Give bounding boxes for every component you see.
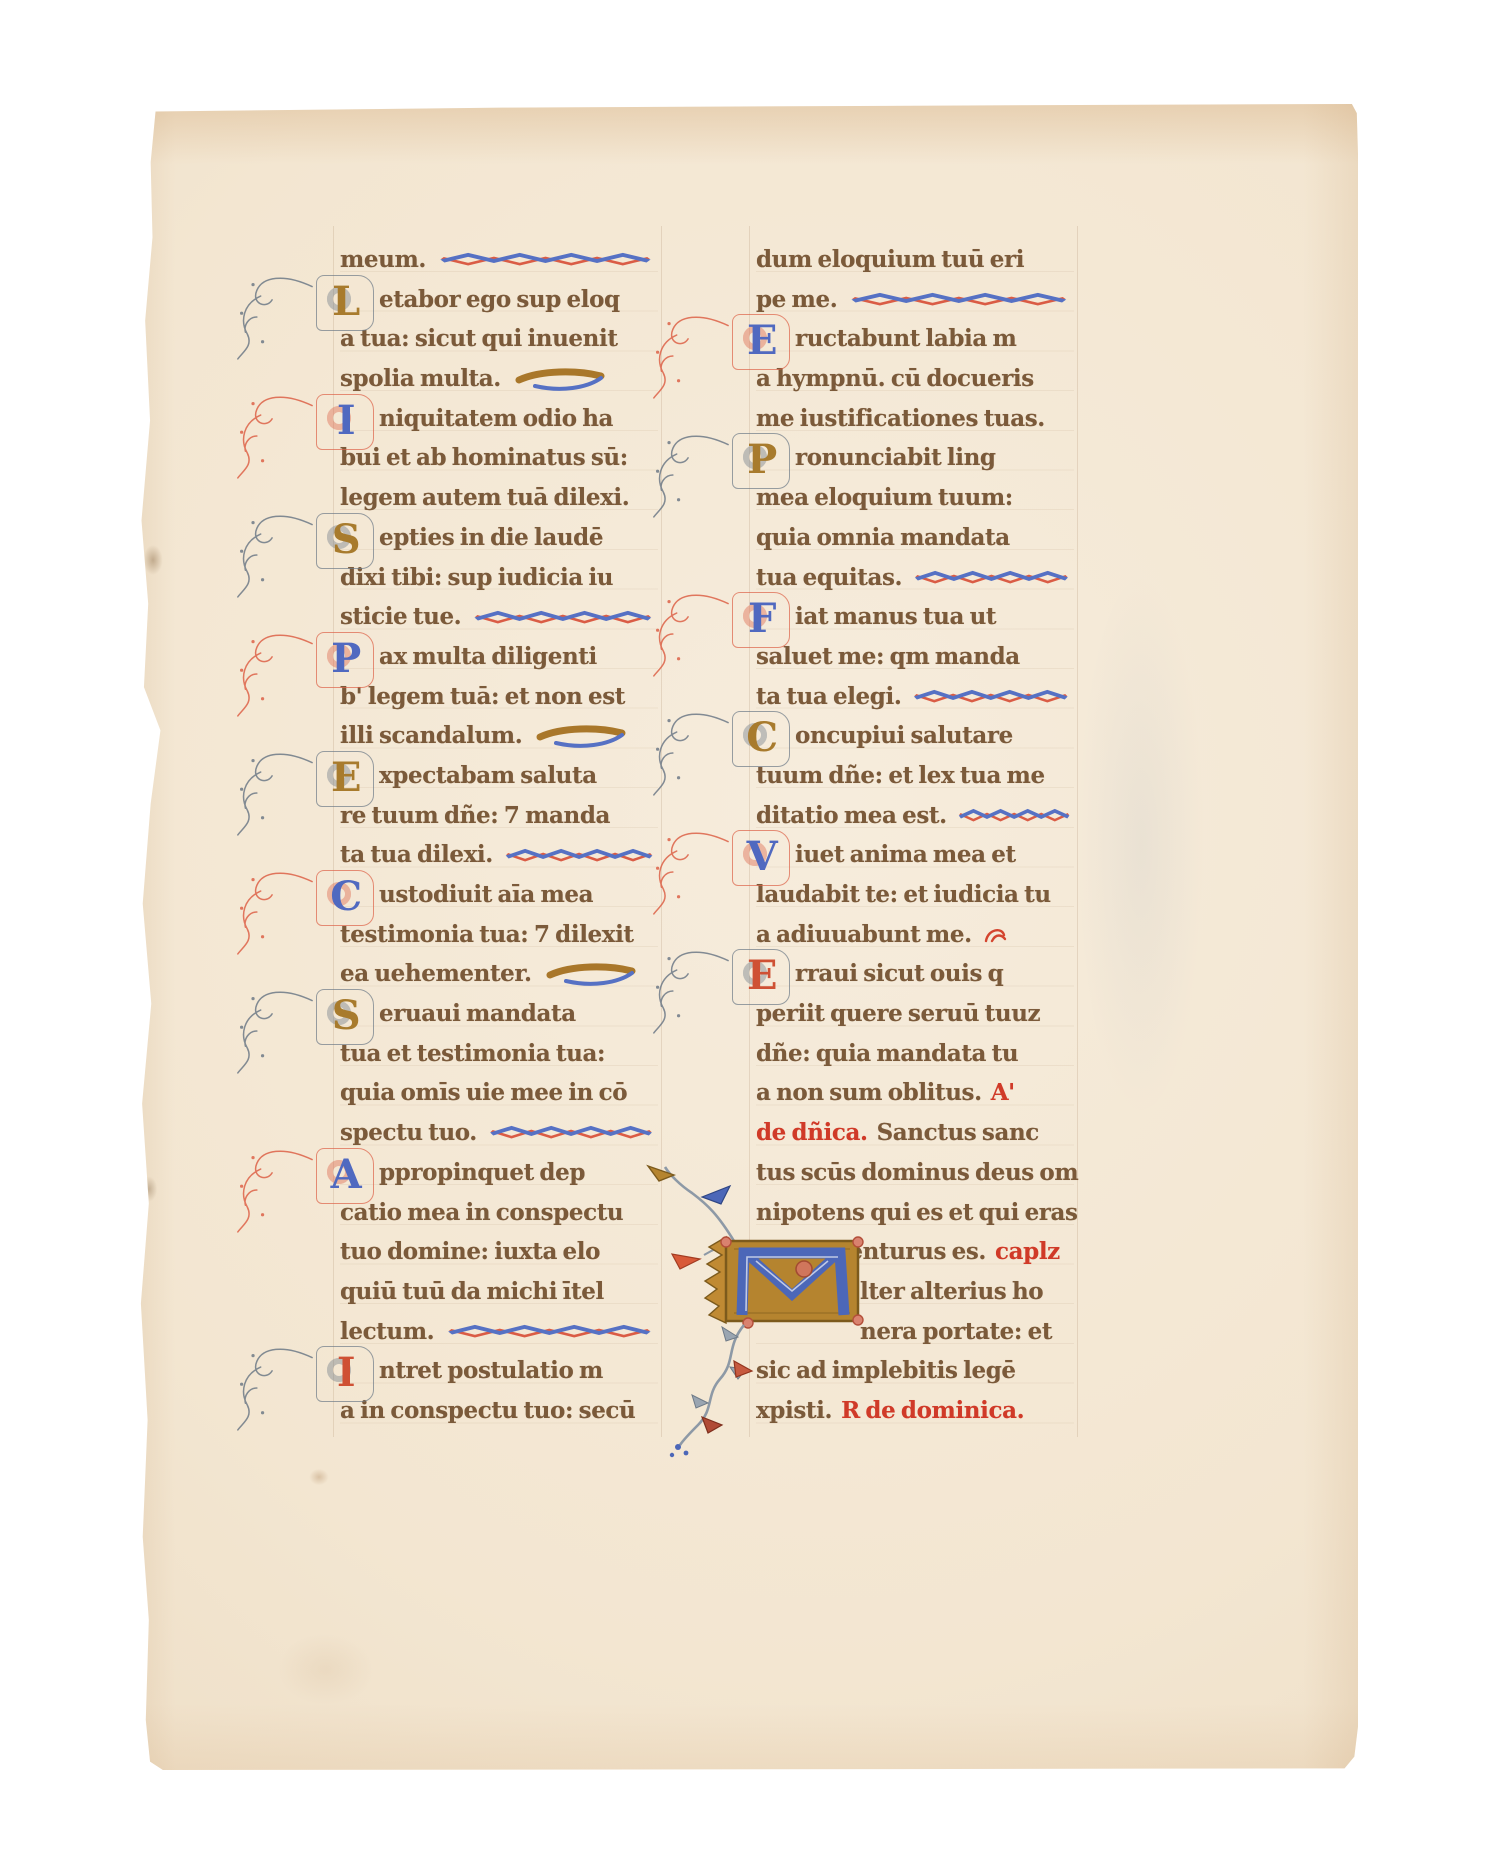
text-line: dñe: quia mandata tu	[756, 1034, 1074, 1074]
line-filler-hook	[532, 724, 628, 748]
text-line: tuum dñe: et lex tua me	[756, 756, 1074, 796]
line-filler-zigzag	[470, 609, 656, 626]
rubric-text: R de dominica.	[841, 1391, 1024, 1431]
decorated-initial-F: F	[736, 595, 788, 641]
penwork-flourish-icon	[234, 389, 314, 483]
text-line: spolia multa.	[340, 359, 658, 399]
text-line: tus scūs dominus deus om	[756, 1153, 1074, 1193]
line-text: a tua: sicut qui inuenit	[340, 319, 618, 359]
initial-letter: S	[332, 516, 361, 563]
decorated-initial-S: S	[320, 516, 372, 562]
stain	[138, 1172, 160, 1206]
line-text: dñe: quia mandata tu	[756, 1034, 1018, 1074]
line-text: dixi tibi: sup iudicia iu	[340, 558, 613, 598]
line-text: tuo domine: iuxta elo	[340, 1232, 600, 1272]
text-line: Eructabunt labia m	[756, 319, 1074, 359]
text-line: et qui uenturus es.caplz	[756, 1232, 1074, 1272]
penwork-flourish-icon	[234, 1143, 314, 1237]
text-line: Expectabam saluta	[340, 756, 658, 796]
text-line: ta tua dilexi.	[340, 835, 658, 875]
line-text: testimonia tua: 7 dilexit	[340, 915, 634, 955]
line-text: sic ad implebitis legē	[756, 1351, 1016, 1391]
initial-letter: C	[330, 873, 361, 920]
line-text: tua equitas.	[756, 558, 902, 598]
line-text: spolia multa.	[340, 359, 501, 399]
text-line: a non sum oblitus.A'	[756, 1073, 1074, 1113]
text-line: quia omīs uie mee in cō	[340, 1073, 658, 1113]
stain	[266, 1624, 386, 1714]
decorated-initial-E: E	[320, 754, 372, 800]
text-line: dum eloquium tuū eri	[756, 240, 1074, 280]
line-filler-zigzag	[911, 569, 1072, 586]
text-line: Viuet anima mea et	[756, 835, 1074, 875]
text-line: nipotens qui es et qui eras	[756, 1193, 1074, 1233]
penwork-flourish-icon	[234, 627, 314, 721]
line-text: me iustificationes tuas.	[756, 399, 1045, 439]
rubric-text: caplz	[995, 1232, 1060, 1272]
line-text: ructabunt labia m	[795, 319, 1016, 359]
text-line: b' legem tuā: et non est	[340, 677, 658, 717]
line-filler-paraph	[980, 923, 1010, 947]
text-line: Custodiuit aīa mea	[340, 875, 658, 915]
line-text: xpisti.	[756, 1391, 832, 1431]
show-through-smudge	[1066, 524, 1216, 1164]
text-line: me iustificationes tuas.	[756, 399, 1074, 439]
decorated-initial-C: C	[736, 714, 788, 760]
line-text: etabor ego sup eloq	[379, 280, 620, 320]
line-text: ntret postulatio m	[379, 1351, 603, 1391]
decorated-initial-P: P	[736, 436, 788, 482]
text-line: Erraui sicut ouis q	[756, 954, 1074, 994]
initial-letter: C	[746, 714, 777, 761]
line-text: bui et ab hominatus sū:	[340, 438, 628, 478]
penwork-flourish-icon	[650, 944, 730, 1038]
penwork-flourish-icon	[234, 508, 314, 602]
text-line: quia omnia mandata	[756, 518, 1074, 558]
line-text: rraui sicut ouis q	[795, 954, 1003, 994]
decorated-initial-V: V	[736, 833, 788, 879]
text-line: sic ad implebitis legē	[756, 1351, 1074, 1391]
text-line: Letabor ego sup eloq	[340, 280, 658, 320]
line-filler-zigzag	[443, 1323, 656, 1340]
decorated-initial-E: E	[736, 317, 788, 363]
photo-background: { "artifact": { "kind_label": "", "palet…	[0, 0, 1500, 1876]
penwork-flourish-icon	[650, 587, 730, 681]
initial-letter: P	[331, 635, 361, 682]
text-line: periit quere seruū tuuz	[756, 994, 1074, 1034]
line-text: spectu tuo.	[340, 1113, 477, 1153]
text-line: xpisti.R de dominica.	[756, 1391, 1074, 1431]
line-text: mea eloquium tuum:	[756, 478, 1013, 518]
text-line: sticie tue.	[340, 597, 658, 637]
text-column-left: meum. Letabor ego sup eloqa tua: sicut q…	[340, 240, 658, 1431]
line-text: nipotens qui es et qui eras	[756, 1193, 1078, 1233]
text-line: Appropinquet dep	[340, 1153, 658, 1193]
text-line: ea uehementer.	[340, 954, 658, 994]
text-line: re tuum dñe: 7 manda	[340, 796, 658, 836]
line-text: a hympnū. cū docueris	[756, 359, 1034, 399]
line-text: oncupiui salutare	[795, 716, 1013, 756]
line-text: iat manus tua ut	[795, 597, 996, 637]
initial-letter: E	[747, 952, 777, 999]
line-text: ronunciabit ling	[795, 438, 996, 478]
text-line: pe me.	[756, 280, 1074, 320]
text-line: a hympnū. cū docueris	[756, 359, 1074, 399]
line-filler-zigzag	[502, 847, 656, 864]
text-line: Septies in die laudē	[340, 518, 658, 558]
text-line: tua et testimonia tua:	[340, 1034, 658, 1074]
decorated-initial-I: I	[320, 1349, 372, 1395]
text-line: Pax multa diligenti	[340, 637, 658, 677]
line-text: ea uehementer.	[340, 954, 532, 994]
line-text: et qui uenturus es.	[756, 1232, 986, 1272]
text-line: meum.	[340, 240, 658, 280]
text-line: Concupiui salutare	[756, 716, 1074, 756]
line-text: re tuum dñe: 7 manda	[340, 796, 610, 836]
penwork-flourish-icon	[650, 706, 730, 800]
line-filler-hook	[542, 962, 638, 986]
decorated-initial-C: C	[320, 873, 372, 919]
line-text: ditatio mea est.	[756, 796, 947, 836]
manuscript-leaf: meum. Letabor ego sup eloqa tua: sicut q…	[136, 104, 1358, 1770]
line-filler-zigzag	[910, 688, 1072, 705]
line-text: xpectabam saluta	[379, 756, 597, 796]
line-text: a adiuuabunt me.	[756, 915, 972, 955]
decorated-initial-L: L	[320, 278, 372, 324]
line-filler-zigzag	[956, 807, 1072, 824]
penwork-flourish-icon	[650, 825, 730, 919]
decorated-initial-A: A	[320, 1151, 372, 1197]
text-line: quiū tuū da michi ītel	[340, 1272, 658, 1312]
initial-letter: S	[332, 992, 361, 1039]
text-line: ta tua elegi.	[756, 677, 1074, 717]
text-line: ditatio mea est.	[756, 796, 1074, 836]
line-text: periit quere seruū tuuz	[756, 994, 1040, 1034]
line-text: sticie tue.	[340, 597, 461, 637]
line-text: ax multa diligenti	[379, 637, 597, 677]
text-line: a in conspectu tuo: secū	[340, 1391, 658, 1431]
line-text: ta tua elegi.	[756, 677, 901, 717]
line-text: laudabit te: et iudicia tu	[756, 875, 1051, 915]
line-text: a non sum oblitus.	[756, 1073, 982, 1113]
initial-letter: V	[747, 833, 778, 880]
line-text: legem autem tuā dilexi.	[340, 478, 629, 518]
text-line: laudabit te: et iudicia tu	[756, 875, 1074, 915]
initial-letter: F	[748, 595, 776, 642]
line-text: a in conspectu tuo: secū	[340, 1391, 635, 1431]
text-line: de dñica.Sanctus sanc	[756, 1113, 1074, 1153]
line-filler-zigzag	[486, 1124, 656, 1141]
line-text: dum eloquium tuū eri	[756, 240, 1024, 280]
line-text: iuet anima mea et	[795, 835, 1016, 875]
text-line: tuo domine: iuxta elo	[340, 1232, 658, 1272]
text-line: dixi tibi: sup iudicia iu	[340, 558, 658, 598]
decorated-initial-E: E	[736, 952, 788, 998]
line-text: tuum dñe: et lex tua me	[756, 756, 1045, 796]
rubric-text: de dñica.	[756, 1113, 868, 1153]
line-text: ppropinquet dep	[379, 1153, 585, 1193]
decorated-initial-S: S	[320, 992, 372, 1038]
text-line: legem autem tuā dilexi.	[340, 478, 658, 518]
text-line: lter alterius ho	[756, 1272, 1074, 1312]
line-text: niquitatem odio ha	[379, 399, 613, 439]
penwork-flourish-icon	[234, 746, 314, 840]
text-line: bui et ab hominatus sū:	[340, 438, 658, 478]
text-line: spectu tuo.	[340, 1113, 658, 1153]
line-filler-zigzag	[435, 251, 656, 268]
penwork-flourish-icon	[234, 1341, 314, 1435]
decorated-initial-I: I	[320, 397, 372, 443]
rubric-text: A'	[991, 1073, 1015, 1113]
line-filler-zigzag	[846, 291, 1072, 308]
line-text: b' legem tuā: et non est	[340, 677, 625, 717]
text-line: a tua: sicut qui inuenit	[340, 319, 658, 359]
initial-letter: P	[747, 436, 777, 483]
initial-letter: I	[337, 1349, 355, 1396]
penwork-flourish-icon	[234, 865, 314, 959]
line-text: meum.	[340, 240, 426, 280]
penwork-flourish-icon	[650, 428, 730, 522]
text-line: Iniquitatem odio ha	[340, 399, 658, 439]
text-line: illi scandalum.	[340, 716, 658, 756]
line-text: epties in die laudē	[379, 518, 603, 558]
text-line: Intret postulatio m	[340, 1351, 658, 1391]
line-text: ustodiuit aīa mea	[379, 875, 593, 915]
line-text: eruaui mandata	[379, 994, 576, 1034]
initial-letter: E	[331, 754, 361, 801]
penwork-flourish-icon	[650, 309, 730, 403]
penwork-flourish-icon	[234, 984, 314, 1078]
line-text: Sanctus sanc	[877, 1113, 1039, 1153]
decorated-initial-P: P	[320, 635, 372, 681]
line-text: illi scandalum.	[340, 716, 522, 756]
line-text: saluet me: qm manda	[756, 637, 1020, 677]
line-text: quia omnia mandata	[756, 518, 1010, 558]
line-filler-hook	[511, 367, 607, 391]
text-line: saluet me: qm manda	[756, 637, 1074, 677]
stain	[140, 540, 166, 580]
text-line: tua equitas.	[756, 558, 1074, 598]
text-line: a adiuuabunt me.	[756, 915, 1074, 955]
text-line: mea eloquium tuum:	[756, 478, 1074, 518]
text-column-right: dum eloquium tuū eripe me. Eructabunt la…	[756, 240, 1074, 1431]
initial-letter: E	[747, 317, 777, 364]
line-text: quia omīs uie mee in cō	[340, 1073, 627, 1113]
text-line: catio mea in conspectu	[340, 1193, 658, 1233]
initial-letter: A	[331, 1151, 362, 1198]
initial-letter: L	[332, 278, 360, 325]
line-text: nera portate: et	[860, 1312, 1052, 1352]
text-line: lectum.	[340, 1312, 658, 1352]
line-text: catio mea in conspectu	[340, 1193, 623, 1233]
text-line: nera portate: et	[756, 1312, 1074, 1352]
line-text: ta tua dilexi.	[340, 835, 493, 875]
text-line: testimonia tua: 7 dilexit	[340, 915, 658, 955]
text-line: Fiat manus tua ut	[756, 597, 1074, 637]
line-text: lter alterius ho	[860, 1272, 1043, 1312]
text-line: Seruaui mandata	[340, 994, 658, 1034]
line-text: quiū tuū da michi ītel	[340, 1272, 604, 1312]
initial-letter: I	[337, 397, 355, 444]
line-text: tus scūs dominus deus om	[756, 1153, 1078, 1193]
stain	[306, 1466, 332, 1488]
text-line: Pronunciabit ling	[756, 438, 1074, 478]
line-text: tua et testimonia tua:	[340, 1034, 605, 1074]
penwork-flourish-icon	[234, 270, 314, 364]
